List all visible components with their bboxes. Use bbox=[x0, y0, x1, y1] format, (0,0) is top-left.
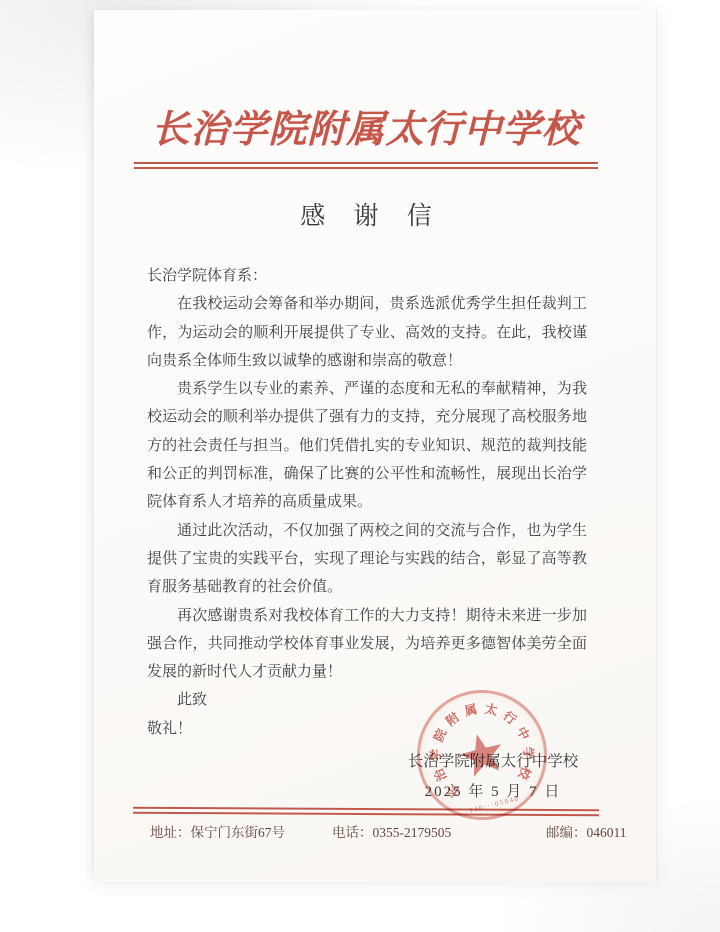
paragraph-1: 在我校运动会筹备和举办期间，贵系选派优秀学生担任裁判工作，为运动会的顺利开展提供… bbox=[147, 290, 587, 375]
scanned-letter-page: 长治学院附属太行中学校 感 谢 信 长治学院体育系： 在我校运动会筹备和举办期间… bbox=[0, 0, 720, 932]
footer-postal: 邮编：046011 bbox=[546, 821, 627, 841]
letter-body: 长治学院体育系： 在我校运动会筹备和举办期间，贵系选派优秀学生担任裁判工作，为运… bbox=[147, 262, 587, 743]
paragraph-2: 贵系学生以专业的素养、严谨的态度和无私的奉献精神，为我校运动会的顺利举办提供了强… bbox=[147, 375, 587, 516]
paragraph-3: 通过此次活动，不仅加强了两校之间的交流与合作，也为学生提供了宝贵的实践平台，实现… bbox=[147, 517, 587, 602]
letterhead-rule bbox=[134, 162, 598, 169]
paragraph-4: 再次感谢贵系对我校体育工作的大力支持！期待未来进一步加强合作，共同推动学校体育事… bbox=[147, 602, 587, 687]
footer-address: 地址：保宁门东街67号 bbox=[150, 821, 285, 841]
letter-title: 感 谢 信 bbox=[127, 196, 605, 232]
footer-phone: 电话：0355-2179505 bbox=[332, 821, 451, 841]
letterhead-school-name: 长治学院附属太行中学校 bbox=[127, 98, 605, 153]
salutation: 长治学院体育系： bbox=[147, 262, 587, 290]
